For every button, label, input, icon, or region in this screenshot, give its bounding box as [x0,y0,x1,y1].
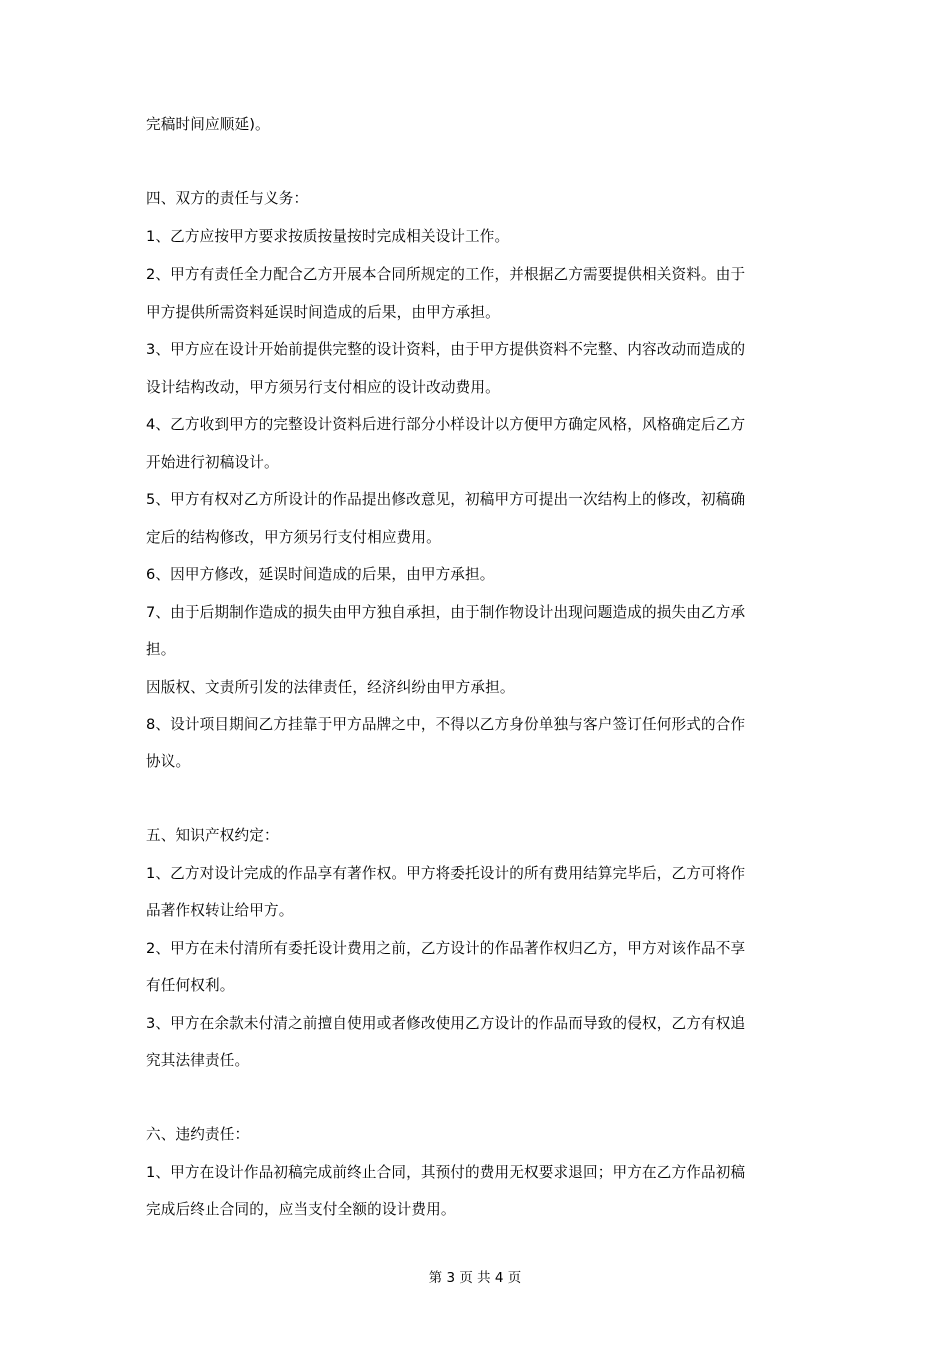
section-heading-6: 六、违约责任： [146,1125,249,1145]
clause-5-2-line-1: 2、甲方在未付清所有委托设计费用之前，乙方设计的作品著作权归乙方，甲方对该作品不… [146,939,745,959]
clause-5-1-line-1: 1、乙方对设计完成的作品享有著作权。甲方将委托设计的所有费用结算完毕后，乙方可将… [146,864,745,884]
clause-4-2-line-2: 甲方提供所需资料延误时间造成的后果，由甲方承担。 [146,303,500,323]
document-page: 完稿时间应顺延)。 四、双方的责任与义务： 1、乙方应按甲方要求按质按量按时完成… [0,0,950,1346]
clause-4-3-line-1: 3、甲方应在设计开始前提供完整的设计资料，由于甲方提供资料不完整、内容改动而造成… [146,340,745,360]
clause-4-8-line-1: 8、设计项目期间乙方挂靠于甲方品牌之中，不得以乙方身份单独与客户签订任何形式的合… [146,715,745,735]
clause-4-3-line-2: 设计结构改动，甲方须另行支付相应的设计改动费用。 [146,378,500,398]
clause-4-4-line-2: 开始进行初稿设计。 [146,453,279,473]
clause-4-1: 1、乙方应按甲方要求按质按量按时完成相关设计工作。 [146,227,509,247]
clause-5-2-line-2: 有任何权利。 [146,976,234,996]
section-heading-5: 五、知识产权约定： [146,826,279,846]
clause-4-7-line-2: 担。 [146,640,176,660]
clause-4-4-line-1: 4、乙方收到甲方的完整设计资料后进行部分小样设计以方便甲方确定风格，风格确定后乙… [146,415,745,435]
clause-6-1-line-2: 完成后终止合同的，应当支付全额的设计费用。 [146,1200,456,1220]
clause-4-5-line-1: 5、甲方有权对乙方所设计的作品提出修改意见，初稿甲方可提出一次结构上的修改，初稿… [146,490,745,510]
clause-6-1-line-1: 1、甲方在设计作品初稿完成前终止合同，其预付的费用无权要求退回；甲方在乙方作品初… [146,1163,745,1183]
clause-4-6: 6、因甲方修改，延误时间造成的后果，由甲方承担。 [146,565,495,585]
clause-4-7-line-1: 7、由于后期制作造成的损失由甲方独自承担，由于制作物设计出现问题造成的损失由乙方… [146,603,745,623]
clause-4-2-line-1: 2、甲方有责任全力配合乙方开展本合同所规定的工作，并根据乙方需要提供相关资料。由… [146,265,745,285]
clause-4-5-line-2: 定后的结构修改，甲方须另行支付相应费用。 [146,528,441,548]
clause-5-1-line-2: 品著作权转让给甲方。 [146,901,293,921]
clause-4-7-note: 因版权、文责所引发的法律责任，经济纠纷由甲方承担。 [146,678,515,698]
page-number-footer: 第 3 页 共 4 页 [0,1268,950,1288]
section-heading-4: 四、双方的责任与义务： [146,189,308,209]
clause-5-3-line-2: 究其法律责任。 [146,1051,249,1071]
clause-5-3-line-1: 3、甲方在余款未付清之前擅自使用或者修改使用乙方设计的作品而导致的侵权，乙方有权… [146,1014,745,1034]
text-line-continuation: 完稿时间应顺延)。 [146,115,270,135]
clause-4-8-line-2: 协议。 [146,752,190,772]
